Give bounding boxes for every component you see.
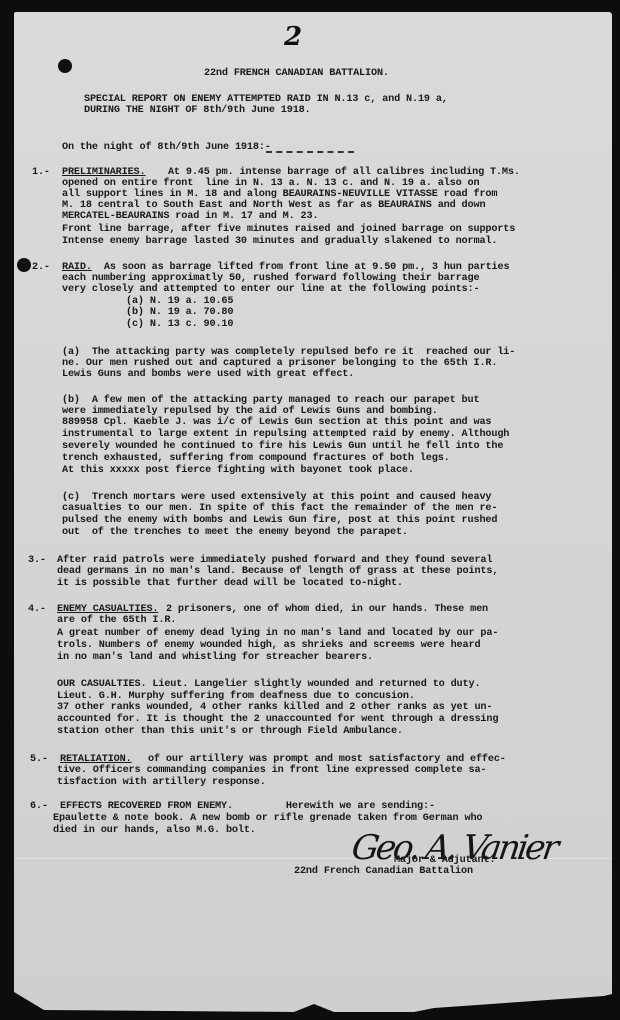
section-3-line: dead germans in no man's land. Because o…: [57, 567, 498, 578]
section-4-line: are of the 65th I.R.: [57, 616, 176, 627]
section-6-line: Epaulette & note book. A new bomb or rif…: [53, 814, 482, 825]
divider-rule: [266, 151, 354, 153]
section-4-line: trols. Numbers of enemy wounded high, as…: [57, 641, 480, 652]
section-1-line: At 9.45 pm. intense barrage of all calib…: [162, 168, 520, 179]
subpara-b-line: severely wounded he continued to fire hi…: [62, 442, 503, 453]
subpara-a-line: Lewis Guns and bombs were used with grea…: [62, 370, 354, 381]
section-4-line: A great number of enemy dead lying in no…: [57, 629, 498, 640]
document-header: 22nd FRENCH CANADIAN BATTALION.: [204, 69, 389, 80]
subpara-c-line: out of the trenches to meet the enemy be…: [62, 528, 408, 539]
section-6-heading: EFFECTS RECOVERED FROM ENEMY.: [60, 802, 233, 813]
section-5-line: tive. Officers commanding companies in f…: [57, 766, 486, 777]
section-5-heading: RETALIATION.: [60, 755, 132, 766]
torn-bottom-edge: [14, 982, 612, 1012]
raid-point-a: (a) N. 19 a. 10.65: [126, 297, 233, 308]
section-6-number: 6.-: [30, 802, 48, 813]
section-5-line: of our artillery was prompt and most sat…: [142, 755, 506, 766]
subpara-c-line: pulsed the enemy with bombs and Lewis Gu…: [62, 516, 497, 527]
page-number: 2: [284, 22, 302, 52]
report-subtitle-line2: DURING THE NIGHT OF 8th/9th June 1918.: [84, 106, 311, 117]
subpara-a-line: (a) The attacking party was completely r…: [62, 348, 515, 359]
signature-unit: 22nd French Canadian Battalion: [294, 867, 473, 878]
section-1-line: opened on entire front line in N. 13 a. …: [62, 179, 479, 190]
section-1-line: Front line barrage, after five minutes r…: [62, 225, 515, 236]
section-4-line: 2 prisoners, one of whom died, in our ha…: [160, 605, 488, 616]
our-casualties-line: accounted for. It is thought the 2 unacc…: [57, 715, 498, 726]
section-4-line: in no man's land and whistling for strea…: [57, 653, 373, 664]
section-1-line: all support lines in M. 18 and along BEA…: [62, 190, 497, 201]
subpara-b-line: were immediately repulsed by the aid of …: [62, 407, 438, 418]
subpara-b-line: 889958 Cpl. Kaeble J. was i/c of Lewis G…: [62, 418, 491, 429]
section-6-line: died in our hands, also M.G. bolt.: [53, 826, 256, 837]
section-1-heading: PRELIMINARIES.: [62, 168, 146, 179]
section-5-number: 5.-: [30, 755, 48, 766]
section-2-line: each numbering approximatly 50, rushed f…: [62, 274, 479, 285]
raid-point-b: (b) N. 19 a. 70.80: [126, 308, 233, 319]
section-2-line: very closely and attempted to enter our …: [62, 285, 479, 296]
subpara-c-line: casualties to our men. In spite of this …: [62, 504, 497, 515]
subpara-b-line: (b) A few men of the attacking party man…: [62, 396, 479, 407]
section-1-number: 1.-: [32, 168, 50, 179]
section-6-line: Herewith we are sending:-: [262, 802, 435, 813]
our-casualties-line: station other than this unit's or throug…: [57, 727, 403, 738]
section-4-heading: ENEMY CASUALTIES.: [57, 605, 158, 616]
section-2-line: As soon as barrage lifted from front lin…: [92, 263, 509, 274]
our-casualties-line: 37 other ranks wounded, 4 other ranks ki…: [57, 703, 492, 714]
section-3-line: it is possible that further dead will be…: [57, 579, 403, 590]
subpara-b-line: trench exhausted, suffering from compoun…: [62, 454, 450, 465]
section-5-line: tisfaction with artillery response.: [57, 778, 266, 789]
subpara-c-line: (c) Trench mortars were used extensively…: [62, 493, 491, 504]
section-3-number: 3.-: [28, 556, 46, 567]
subpara-b-line: At this xxxxx post fierce fighting with …: [62, 466, 414, 477]
section-1-line: M. 18 central to South East and North We…: [62, 201, 485, 212]
section-2-number: 2.-: [32, 263, 50, 274]
subpara-b-line: instrumental to large extent in repulsin…: [62, 430, 509, 441]
section-2-heading: RAID.: [62, 263, 92, 274]
section-4-number: 4.-: [28, 605, 46, 616]
report-subtitle-line1: SPECIAL REPORT ON ENEMY ATTEMPTED RAID I…: [84, 95, 448, 106]
section-1-line: MERCATEL-BEAURAINS road in M. 17 and M. …: [62, 212, 318, 223]
signature-title: Major & Adjutant.: [394, 856, 495, 867]
raid-point-c: (c) N. 13 c. 90.10: [126, 320, 233, 331]
section-1-line: Intense enemy barrage lasted 30 minutes …: [62, 237, 497, 248]
section-3-line: After raid patrols were immediately push…: [57, 556, 492, 567]
intro-line: On the night of 8th/9th June 1918:-: [62, 143, 271, 154]
punch-hole-middle: [17, 258, 31, 272]
our-casualties-line: OUR CASUALTIES. Lieut. Langelier slightl…: [57, 680, 480, 691]
punch-hole-top: [58, 59, 72, 73]
our-casualties-line: Lieut. G.H. Murphy suffering from deafne…: [57, 692, 415, 703]
subpara-a-line: ne. Our men rushed out and captured a pr…: [62, 359, 497, 370]
